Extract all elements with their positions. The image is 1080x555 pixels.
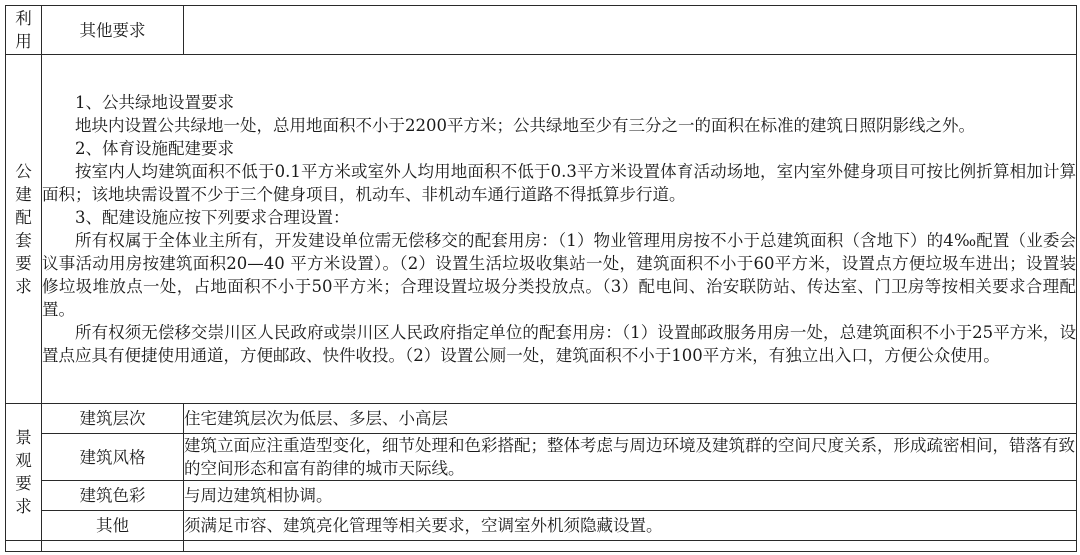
section-label-landscape: 景 观 要 求 [6,404,42,541]
value-building-color: 与周边建筑相协调。 [184,481,1077,511]
section-label-char: 利 [6,7,41,30]
table-row-land-use: 利 用 其他要求 [6,6,1077,55]
paragraph-owner-facilities: 所有权属于全体业主所有，开发建设单位需无偿移交的配套用房：（1）物业管理用房按不… [42,229,1076,321]
section-label-char: 要 [6,472,41,495]
section-label-char: 套 [6,229,41,252]
value-other-requirements [184,6,1077,55]
heading-sports-facilities: 2、体育设施配建要求 [42,137,1076,160]
value-landscape-other: 须满足市容、建筑亮化管理等相关要求，空调室外机须隐藏设置。 [184,511,1077,541]
table-row-building-levels: 景 观 要 求 建筑层次 住宅建筑层次为低层、多层、小高层 [6,404,1077,434]
value-building-levels: 住宅建筑层次为低层、多层、小高层 [184,404,1077,434]
section-label-char: 观 [6,449,41,472]
table-row-building-color: 建筑色彩 与周边建筑相协调。 [6,481,1077,511]
sub-label-landscape-other: 其他 [42,511,184,541]
section-label-public-facilities: 公 建 配 套 要 求 [6,55,42,404]
public-facilities-content: 1、公共绿地设置要求 地块内设置公共绿地一处，总用地面积不小于2200平方米；公… [42,55,1077,404]
partial-cell [6,541,42,552]
sub-label-other-requirements: 其他要求 [42,6,184,55]
sub-label-building-style: 建筑风格 [42,434,184,481]
section-label-char: 建 [6,183,41,206]
table-row-landscape-other: 其他 须满足市容、建筑亮化管理等相关要求，空调室外机须隐藏设置。 [6,511,1077,541]
planning-requirements-table: 利 用 其他要求 公 建 配 套 要 求 1、公共绿地设置要求 地块内设置公共绿… [5,5,1077,552]
heading-green-space: 1、公共绿地设置要求 [42,91,1076,114]
table-row-partial [6,541,1077,552]
section-label-char: 公 [6,160,41,183]
partial-cell [42,541,184,552]
table-row-building-style: 建筑风格 建筑立面应注重造型变化，细节处理和色彩搭配；整体考虑与周边环境及建筑群… [6,434,1077,481]
section-label-char: 求 [6,275,41,298]
paragraph-government-facilities: 所有权须无偿移交崇川区人民政府或崇川区人民政府指定单位的配套用房：（1）设置邮政… [42,321,1076,367]
paragraph-green-space: 地块内设置公共绿地一处，总用地面积不小于2200平方米；公共绿地至少有三分之一的… [42,114,1076,137]
partial-cell [184,541,1077,552]
table-row-public-facilities: 公 建 配 套 要 求 1、公共绿地设置要求 地块内设置公共绿地一处，总用地面积… [6,55,1077,404]
sub-label-building-levels: 建筑层次 [42,404,184,434]
heading-supporting-facilities: 3、配建设施应按下列要求合理设置： [42,206,1076,229]
section-label-char: 要 [6,252,41,275]
section-label-land-use: 利 用 [6,6,42,55]
section-label-char: 求 [6,495,41,518]
value-building-style: 建筑立面应注重造型变化，细节处理和色彩搭配；整体考虑与周边环境及建筑群的空间尺度… [184,434,1077,481]
section-label-char: 用 [6,30,41,53]
section-label-char: 景 [6,426,41,449]
sub-label-building-color: 建筑色彩 [42,481,184,511]
paragraph-sports-facilities: 按室内人均建筑面积不低于0.1平方米或室外人均用地面积不低于0.3平方米设置体育… [42,160,1076,206]
section-label-char: 配 [6,206,41,229]
